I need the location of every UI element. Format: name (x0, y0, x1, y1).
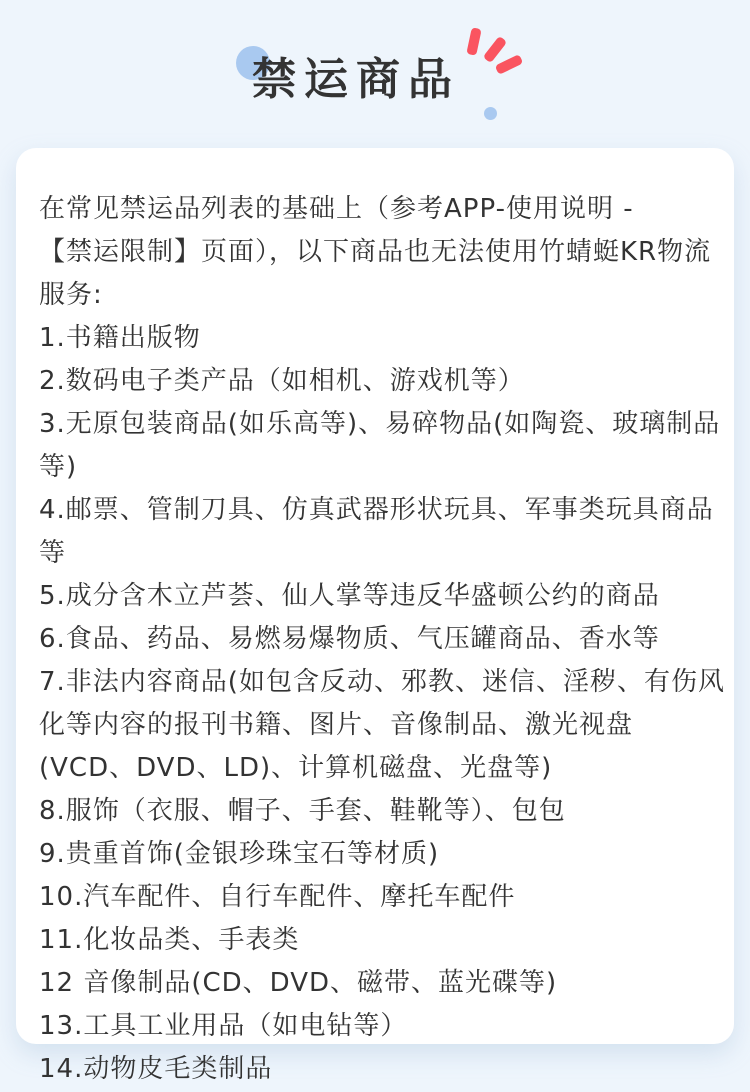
prohibited-item: 14.动物皮毛类制品 (39, 1048, 726, 1091)
title-section: 禁运商品 (0, 0, 750, 148)
page: 禁运商品 在常见禁运品列表的基础上（参考APP-使用说明 - 【禁运限制】页面）… (0, 0, 750, 1092)
prohibited-item: 8.服饰（衣服、帽子、手套、鞋靴等）、包包 (39, 790, 726, 833)
prohibited-item: 1.书籍出版物 (39, 317, 726, 360)
prohibited-item: 6.食品、药品、易燃易爆物质、气压罐商品、香水等 (39, 618, 726, 661)
prohibited-item: 11.化妆品类、手表类 (39, 919, 726, 962)
sparkle-ray-icon (483, 36, 508, 63)
prohibited-item: 3.无原包装商品(如乐高等)、易碎物品(如陶瓷、玻璃制品等) (39, 403, 726, 489)
intro-line: 【禁运限制】页面），以下商品也无法使用竹蜻蜓KR物流 (39, 231, 726, 274)
prohibited-item: 5.成分含木立芦荟、仙人掌等违反华盛顿公约的商品 (39, 575, 726, 618)
prohibited-item: 10.汽车配件、自行车配件、摩托车配件 (39, 876, 726, 919)
prohibited-item: 7.非法内容商品(如包含反动、邪教、迷信、淫秽、有伤风化等内容的报刊书籍、图片、… (39, 661, 726, 790)
intro-line: 服务: (39, 274, 726, 317)
sparkle-ray-icon (495, 54, 524, 75)
blue-dot-icon (484, 107, 497, 120)
content-card: 在常见禁运品列表的基础上（参考APP-使用说明 - 【禁运限制】页面），以下商品… (16, 148, 734, 1044)
intro-line: 在常见禁运品列表的基础上（参考APP-使用说明 - (39, 188, 726, 231)
prohibited-item: 2.数码电子类产品（如相机、游戏机等） (39, 360, 726, 403)
prohibited-item: 13.工具工业用品（如电钻等） (39, 1005, 726, 1048)
prohibited-item: 12 音像制品(CD、DVD、磁带、蓝光碟等) (39, 962, 726, 1005)
sparkle-ray-icon (466, 27, 481, 55)
prohibited-item: 9.贵重首饰(金银珍珠宝石等材质) (39, 833, 726, 876)
page-title: 禁运商品 (252, 56, 460, 104)
prohibited-item: 4.邮票、管制刀具、仿真武器形状玩具、军事类玩具商品等 (39, 489, 726, 575)
